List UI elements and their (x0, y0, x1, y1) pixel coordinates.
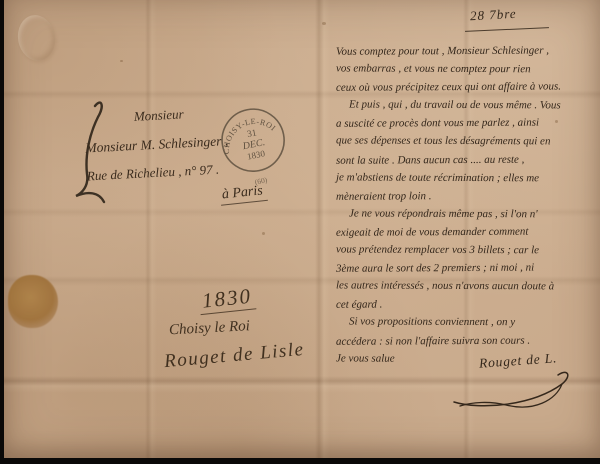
letter-line: que ses dépenses et tous les désagrément… (336, 132, 600, 151)
postmark-department: (60) (254, 175, 268, 186)
letter-line: les autres intéressés , nous n'avons auc… (336, 277, 600, 296)
annotation-place: Choisy le Roi (169, 315, 304, 339)
letter-line: cet égard . (336, 295, 600, 315)
letter-line: Je ne vous répondrais même pas , si l'on… (336, 204, 600, 223)
paper-speckle (322, 22, 326, 25)
annotation-block: 1830 Choisy le Roi Rouget de Lisle (162, 284, 305, 370)
letter-line: exigeait de moi de vous demander comment (336, 222, 600, 242)
wax-stain (8, 275, 58, 328)
letter-body: Vous comptez pour tout , Monsieur Schles… (336, 42, 600, 368)
letter-line: vos embarras , et vous ne comptez pour r… (336, 60, 600, 79)
letter-line: 3ème aura le sort des 2 premiers ; ni mo… (336, 258, 600, 278)
paper-speckle (120, 60, 123, 62)
letter-line: Si vos propositions conviennent , on y (336, 313, 600, 332)
letter-line: Et puis , qui , du travail ou de vous mê… (336, 96, 600, 115)
letter-date: 28 7bre (470, 6, 517, 24)
paper-speckle (262, 232, 265, 235)
postmark-year: 1830 (246, 148, 266, 161)
letter-line: sont la suite . Dans aucun cas .... au r… (336, 150, 600, 170)
letter-line: je m'abstiens de toute récrimination ; e… (336, 168, 600, 187)
letter-line: a suscité ce procès dont vous me parlez … (336, 114, 600, 134)
letter-scan: Monsieur Monsieur M. Schlesinger , Rue d… (0, 0, 600, 464)
letter-line: Vous comptez pour tout , Monsieur Schles… (336, 41, 600, 61)
letter-line: mèneraient trop loin . (336, 186, 600, 206)
letter-line: vous prétendez remplacer vos 3 billets ;… (336, 240, 600, 259)
signature-flourish (448, 358, 583, 416)
letter-line: ceux où vous précipitez ceux qui ont aff… (336, 77, 600, 97)
letter-line: accédera : si non l'affaire suivra son c… (336, 331, 600, 351)
